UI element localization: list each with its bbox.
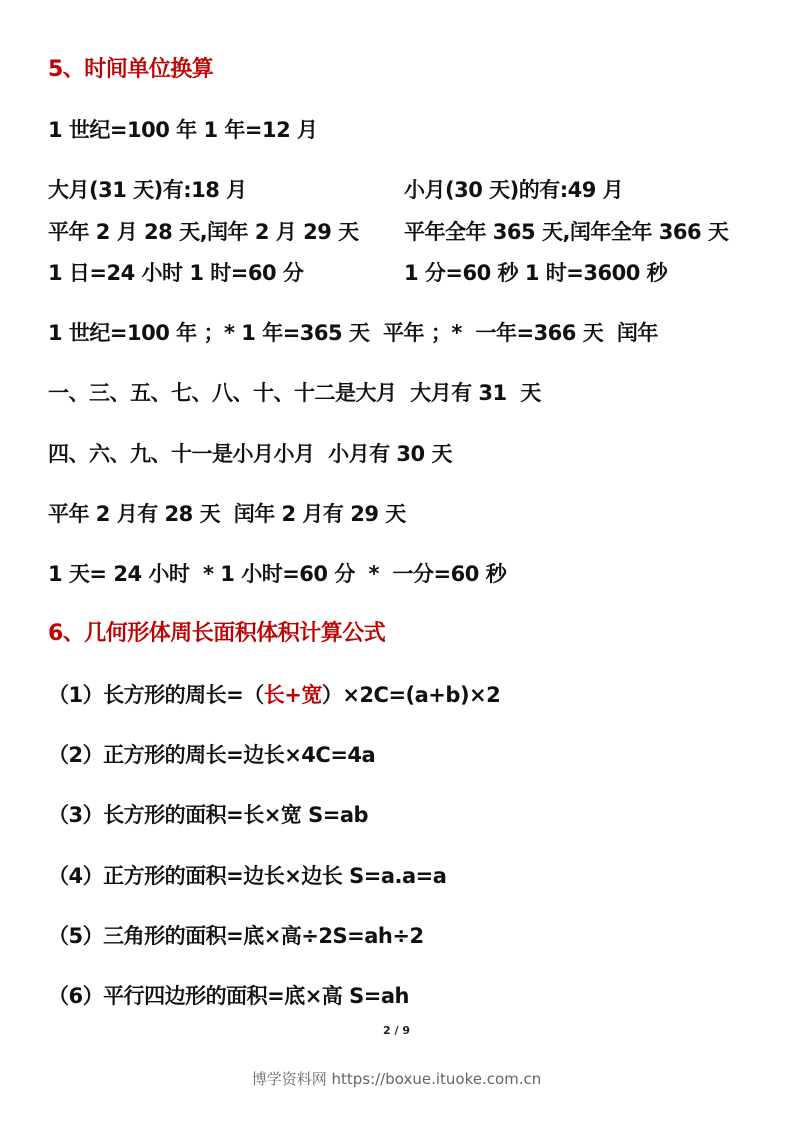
formula-highlight: 长+宽 bbox=[264, 683, 322, 707]
formula-prefix: （1）长方形的周长=（ bbox=[48, 683, 264, 707]
century-line: 1 世纪=100 年 ；* 1 年=365 天 平年 ；* 一年=366 天 闰… bbox=[48, 319, 658, 347]
formula-rectangle-perimeter: （1）长方形的周长=（长+宽）×2C=(a+b)×2 bbox=[48, 681, 500, 709]
formula-triangle-area: （5）三角形的面积=底×高÷2S=ah÷2 bbox=[48, 922, 424, 950]
section-6-heading: 6、几何形体周长面积体积计算公式 bbox=[48, 620, 385, 648]
day-conversion-line: 1 天= 24 小时 * 1 小时=60 分 * 一分=60 秒 bbox=[48, 560, 506, 588]
formula-suffix: ）×2C=(a+b)×2 bbox=[322, 683, 500, 707]
february-line: 平年 2 月有 28 天 闰年 2 月有 29 天 bbox=[48, 500, 406, 528]
minute-second-conversion: 1 分=60 秒 1 时=3600 秒 bbox=[404, 259, 667, 287]
small-month-count: 小月(30 天)的有:49 月 bbox=[404, 176, 623, 204]
formula-square-area: （4）正方形的面积=边长×边长 S=a.a=a bbox=[48, 862, 446, 890]
year-days: 平年全年 365 天,闰年全年 366 天 bbox=[404, 218, 728, 246]
formula-rectangle-area: （3）长方形的面积=长×宽 S=ab bbox=[48, 801, 368, 829]
page-number: 2 / 9 bbox=[0, 1024, 793, 1037]
section-5-heading: 5、时间单位换算 bbox=[48, 56, 213, 84]
footer-watermark: 博学资料网 https://boxue.ituoke.com.cn bbox=[0, 1068, 793, 1089]
formula-square-perimeter: （2）正方形的周长=边长×4C=4a bbox=[48, 741, 375, 769]
february-days: 平年 2 月 28 天,闰年 2 月 29 天 bbox=[48, 218, 359, 246]
century-year-line: 1 世纪=100 年 1 年=12 月 bbox=[48, 116, 318, 144]
small-months-line: 四、六、九、十一是小月小月 小月有 30 天 bbox=[48, 440, 452, 468]
day-hour-conversion: 1 日=24 小时 1 时=60 分 bbox=[48, 259, 303, 287]
big-month-count: 大月(31 天)有:18 月 bbox=[48, 176, 247, 204]
big-months-line: 一、三、五、七、八、十、十二是大月 大月有 31 天 bbox=[48, 379, 541, 407]
formula-parallelogram-area: （6）平行四边形的面积=底×高 S=ah bbox=[48, 982, 409, 1010]
